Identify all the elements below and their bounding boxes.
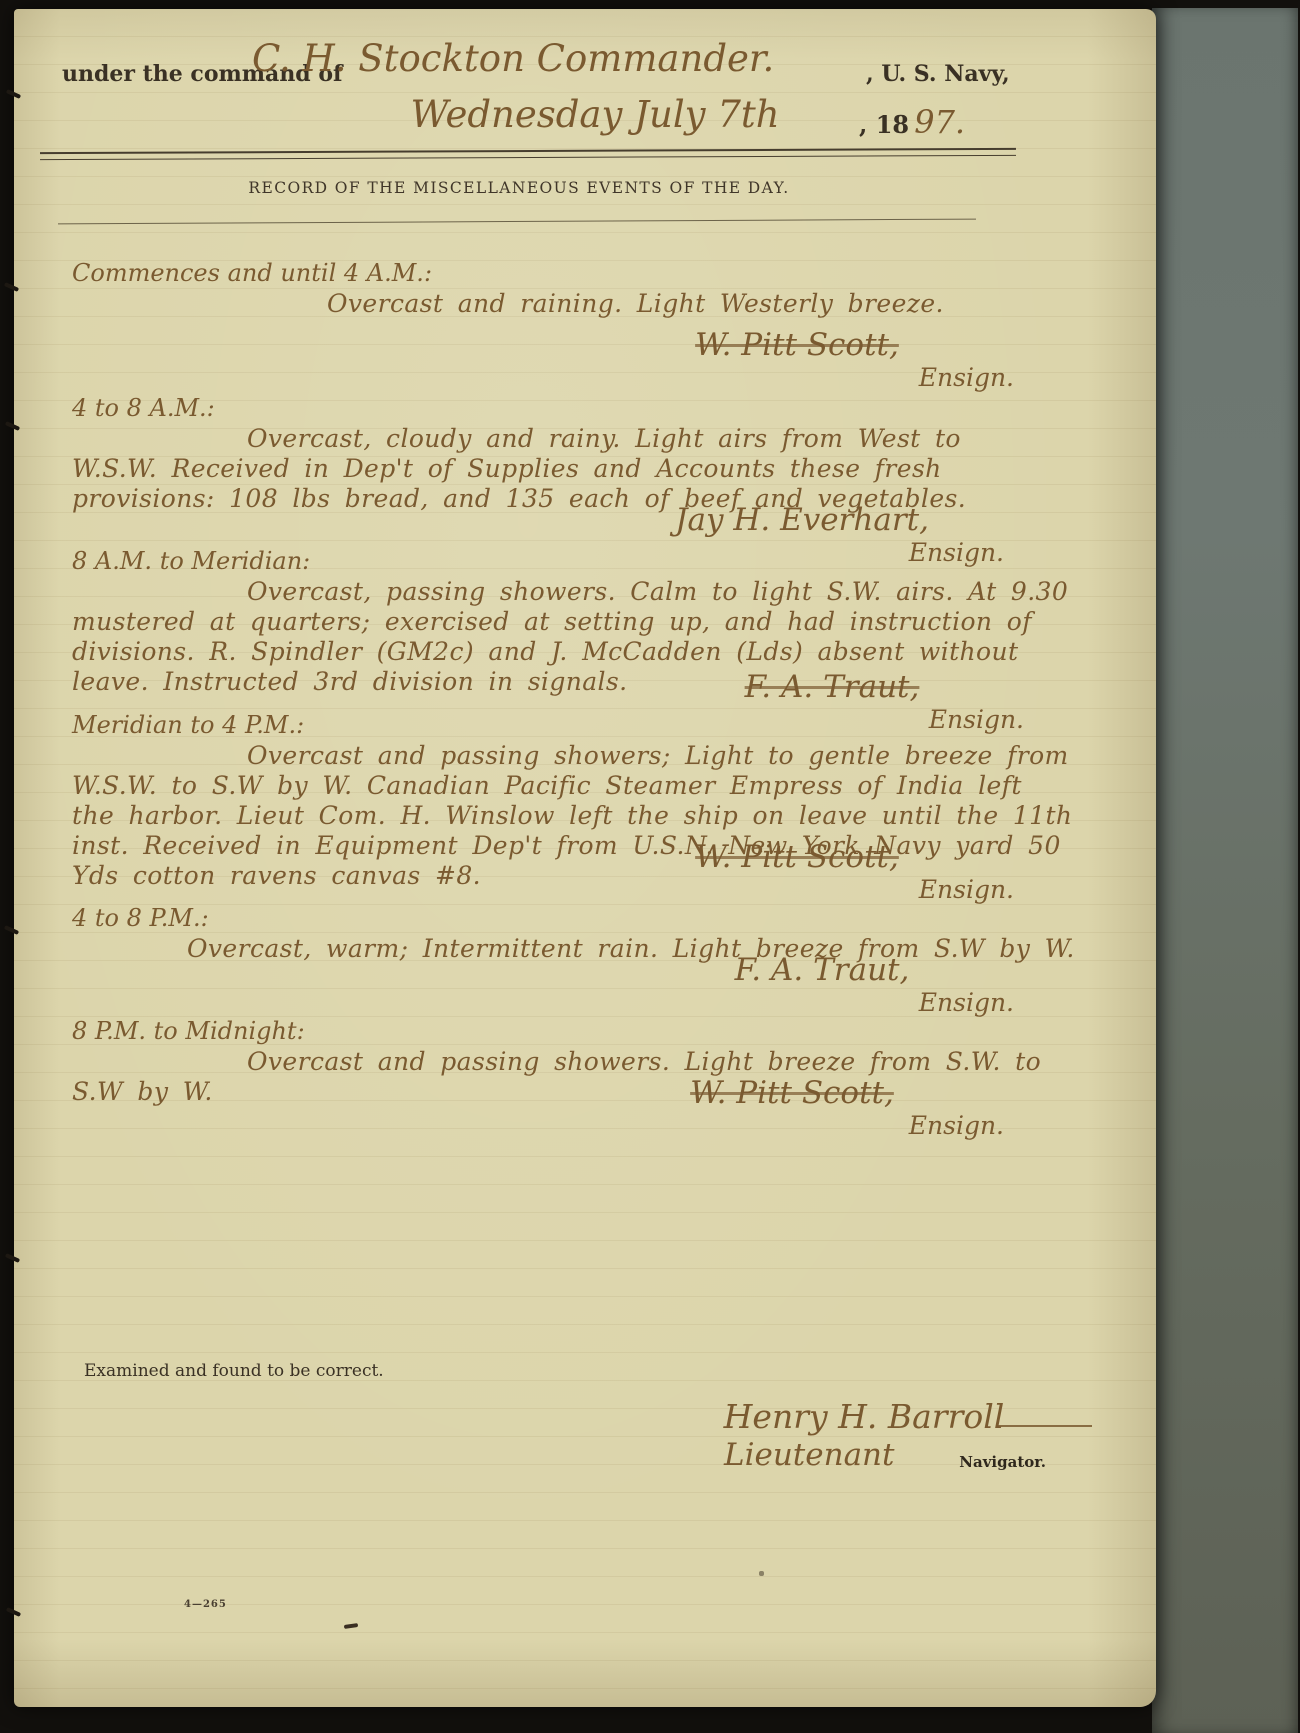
examined-note: Examined and found to be correct.	[84, 1361, 384, 1381]
form-number: 4—265	[184, 1599, 227, 1610]
year-handwritten: 97.	[914, 103, 965, 141]
signature-block: W. Pitt Scott, Ensign.	[572, 839, 1022, 904]
record-title: RECORD OF THE MISCELLANEOUS EVENTS OF TH…	[14, 179, 1024, 197]
entry-time-heading: 8 A.M. to Meridian:	[72, 547, 1104, 575]
signature-rank: Ensign.	[572, 1111, 1012, 1140]
entry-time-heading: 4 to 8 A.M.:	[72, 394, 1104, 422]
log-entry-8pm-to-midnight: 8 P.M. to Midnight: Overcast and passing…	[72, 1017, 1104, 1107]
ink-speck	[344, 1623, 358, 1629]
entry-time-heading: 4 to 8 P.M.:	[72, 904, 1104, 932]
log-entry-4-to-8am: 4 to 8 A.M.: Overcast, cloudy and rainy.…	[72, 394, 1104, 514]
navigator-signature-block: Henry H. Barroll Lieutenant Navigator.	[664, 1397, 1064, 1436]
paper-speck	[759, 1571, 764, 1576]
backing-cloth-strip	[1152, 8, 1298, 1733]
entry-body: Overcast and raining. Light Westerly bre…	[72, 289, 1012, 319]
signature-rank: Ensign.	[572, 875, 1022, 904]
signature-name: W. Pitt Scott,	[572, 1075, 1012, 1111]
log-entry-4-to-8pm: 4 to 8 P.M.: Overcast, warm; Intermitten…	[72, 904, 1104, 964]
entry-time-heading: Meridian to 4 P.M.:	[72, 711, 1104, 739]
signature-flourish	[996, 1425, 1092, 1427]
entry-body: Overcast, cloudy and rainy. Light airs f…	[72, 424, 1057, 514]
signature-rank: Ensign.	[622, 988, 1022, 1017]
log-entry-meridian-to-4pm: Meridian to 4 P.M.: Overcast and passing…	[72, 711, 1104, 891]
navigator-rank-handwritten: Lieutenant	[724, 1437, 895, 1473]
year-printed-prefix: , 18	[859, 110, 909, 139]
title-underline-rule	[58, 219, 976, 225]
navy-printed-suffix: , U. S. Navy,	[866, 61, 1010, 87]
log-entry-commences-to-4am: Commences and until 4 A.M.: Overcast and…	[72, 259, 1104, 319]
signature-rank: Ensign.	[572, 363, 1022, 392]
log-entry-8am-to-meridian: 8 A.M. to Meridian: Overcast, passing sh…	[72, 547, 1104, 697]
entry-time-heading: Commences and until 4 A.M.:	[72, 259, 1104, 287]
signature-name: Jay H. Everhart,	[592, 502, 1012, 538]
header-double-rule	[40, 148, 1016, 160]
navigator-printed-label: Navigator.	[959, 1453, 1046, 1471]
year-line: , 18 97.	[859, 103, 965, 141]
commander-name-handwritten: C. H. Stockton Commander.	[252, 37, 774, 80]
navigator-signature-name: Henry H. Barroll	[664, 1397, 1064, 1436]
entry-time-heading: 8 P.M. to Midnight:	[72, 1017, 1104, 1045]
date-handwritten: Wednesday July 7th	[370, 93, 820, 136]
signature-block: W. Pitt Scott, Ensign.	[572, 327, 1022, 392]
signature-block: F. A. Traut, Ensign.	[622, 952, 1022, 1017]
logbook-page: under the command of C. H. Stockton Comm…	[14, 9, 1156, 1707]
signature-name: F. A. Traut,	[622, 952, 1022, 988]
signature-name: F. A. Traut,	[632, 669, 1032, 705]
signature-block: W. Pitt Scott, Ensign.	[572, 1075, 1012, 1140]
signature-name: W. Pitt Scott,	[572, 327, 1022, 363]
signature-name: W. Pitt Scott,	[572, 839, 1022, 875]
scanned-logbook-photo: under the command of C. H. Stockton Comm…	[0, 0, 1300, 1733]
